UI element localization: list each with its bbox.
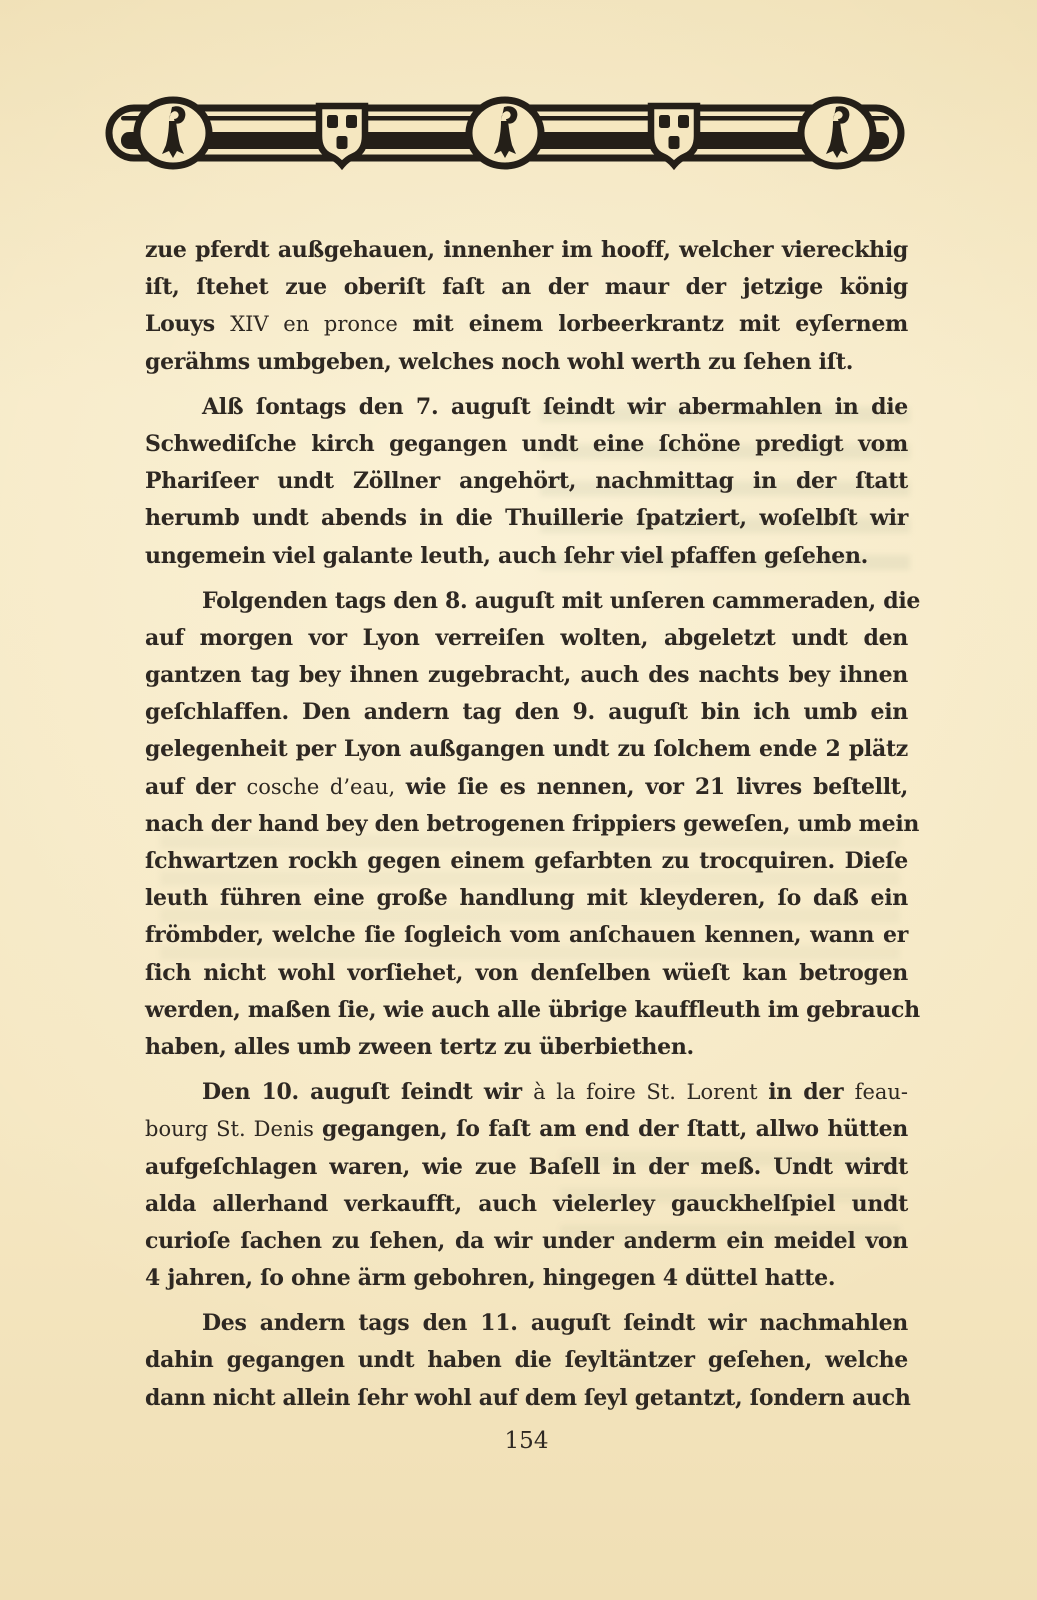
dotted-shield-icon — [651, 106, 697, 165]
fraktur-text: werden, maßen ſie, wie auch alle übrige … — [145, 997, 920, 1023]
page-number: 154 — [145, 1428, 908, 1454]
text-line: Folgenden tags den 8. auguſt mit unſeren… — [145, 583, 908, 620]
fraktur-text: auf morgen vor Lyon verreiſen wolten, ab… — [145, 625, 908, 651]
fraktur-text: gerähms umbgeben, welches noch wohl wert… — [145, 349, 853, 375]
fraktur-text: ſchwartzen rockh gegen einem gefarbten z… — [145, 848, 908, 874]
text-line: auf der cosche d’eau, wie ſie es nennen,… — [145, 769, 908, 806]
fraktur-text: wie ſie es nennen, vor 21 livres beſtell… — [406, 774, 908, 800]
paragraph: Den 10. auguſt ſeindt wir à la foire St.… — [145, 1074, 908, 1297]
fraktur-text: Schwediſche kirch gegangen undt eine ſch… — [145, 431, 908, 457]
text-line: dann nicht allein ſehr wohl auf dem ſeyl… — [145, 1380, 908, 1417]
fraktur-text: haben, alles umb zween tertz zu überbiet… — [145, 1034, 694, 1060]
text-line: dahin gegangen undt haben die ſeyltäntze… — [145, 1342, 908, 1379]
text-line: Des andern tags den 11. auguſt ſeindt wi… — [145, 1305, 908, 1342]
text-line: bourg St. Denis gegangen, ſo faſt am end… — [145, 1111, 908, 1148]
text-line: gerähms umbgeben, welches noch wohl wert… — [145, 344, 908, 381]
antiqua-text: à la foire St. Lorent — [533, 1080, 768, 1104]
text-line: zue pferdt außgehauen, innenher im hooff… — [145, 232, 908, 269]
fraktur-text: Den 10. auguſt ſeindt wir — [202, 1079, 533, 1105]
paragraph: zue pferdt außgehauen, innenher im hooff… — [145, 232, 908, 381]
text-line: geſchlaffen. Den andern tag den 9. auguſ… — [145, 694, 908, 731]
antiqua-text: cosche d’eau, — [246, 775, 405, 799]
text-line: ſich nicht wohl vorſiehet, von denſelben… — [145, 955, 908, 992]
text-line: aufgeſchlagen waren, wie zue Baſell in d… — [145, 1149, 908, 1186]
fraktur-text: Alß ſontags den 7. auguſt ſeindt wir abe… — [202, 394, 908, 420]
text-line: alda allerhand verkaufft, auch vielerley… — [145, 1186, 908, 1223]
dotted-shield-icon — [319, 106, 365, 165]
header-ornament — [105, 96, 905, 176]
fraktur-text: ungemein viel galante leuth, auch ſehr v… — [145, 543, 868, 569]
fraktur-text: in der — [768, 1079, 854, 1105]
fraktur-text: frömbder, welche ſie ſogleich vom anſcha… — [145, 922, 908, 948]
text-line: Den 10. auguſt ſeindt wir à la foire St.… — [145, 1074, 908, 1111]
fraktur-text: geſchlaffen. Den andern tag den 9. auguſ… — [145, 699, 908, 725]
basel-staff-icon — [801, 100, 873, 166]
fraktur-text: gelegenheit per Lyon außgangen undt zu ſ… — [145, 736, 908, 762]
basel-staff-icon — [137, 100, 209, 166]
fraktur-text: herumb undt abends in die Thuillerie ſpa… — [145, 505, 908, 531]
ornament-svg — [105, 96, 905, 176]
fraktur-text: mit einem lorbeerkrantz mit eyſernem — [412, 311, 908, 337]
text-line: werden, maßen ſie, wie auch alle übrige … — [145, 992, 908, 1029]
text-line: Alß ſontags den 7. auguſt ſeindt wir abe… — [145, 389, 908, 426]
fraktur-text: auf der — [145, 774, 246, 800]
paragraph: Folgenden tags den 8. auguſt mit unſeren… — [145, 583, 908, 1066]
page-text: zue pferdt außgehauen, innenher im hooff… — [145, 232, 908, 1425]
text-line: 4 jahren, ſo ohne ärm gebohren, hingegen… — [145, 1260, 908, 1297]
text-line: ungemein viel galante leuth, auch ſehr v… — [145, 538, 908, 575]
fraktur-text: ſich nicht wohl vorſiehet, von denſelben… — [145, 960, 908, 986]
fraktur-text: Des andern tags den 11. auguſt ſeindt wi… — [202, 1310, 908, 1336]
text-line: ſchwartzen rockh gegen einem gefarbten z… — [145, 843, 908, 880]
fraktur-text: zue pferdt außgehauen, innenher im hooff… — [145, 237, 908, 263]
text-line: Phariſeer undt Zöllner angehört, nachmit… — [145, 463, 908, 500]
antiqua-text: XIV en pronce — [230, 312, 412, 336]
fraktur-text: alda allerhand verkaufft, auch vielerley… — [145, 1191, 908, 1217]
fraktur-text: dahin gegangen undt haben die ſeyltäntze… — [145, 1347, 908, 1373]
basel-staff-icon — [469, 100, 541, 166]
fraktur-text: leuth führen eine große handlung mit kle… — [145, 885, 908, 911]
text-line: curioſe ſachen zu ſehen, da wir under an… — [145, 1223, 908, 1260]
text-line: gelegenheit per Lyon außgangen undt zu ſ… — [145, 731, 908, 768]
fraktur-text: aufgeſchlagen waren, wie zue Baſell in d… — [145, 1154, 908, 1180]
text-line: haben, alles umb zween tertz zu überbiet… — [145, 1029, 908, 1066]
fraktur-text: 4 jahren, ſo ohne ärm gebohren, hingegen… — [145, 1265, 835, 1291]
paragraph: Des andern tags den 11. auguſt ſeindt wi… — [145, 1305, 908, 1417]
fraktur-text: nach der hand bey den betrogenen frippie… — [145, 811, 919, 837]
text-line: gantzen tag bey ihnen zugebracht, auch d… — [145, 657, 908, 694]
text-line: Louys XIV en pronce mit einem lorbeerkra… — [145, 306, 908, 343]
fraktur-text: Louys — [145, 311, 230, 337]
fraktur-text: dann nicht allein ſehr wohl auf dem ſeyl… — [145, 1385, 911, 1411]
text-line: nach der hand bey den betrogenen frippie… — [145, 806, 908, 843]
fraktur-text: gantzen tag bey ihnen zugebracht, auch d… — [145, 662, 908, 688]
fraktur-text: gegangen, ſo faſt am end der ſtatt, allw… — [322, 1116, 908, 1142]
fraktur-text: Phariſeer undt Zöllner angehört, nachmit… — [145, 468, 908, 494]
fraktur-text: curioſe ſachen zu ſehen, da wir under an… — [145, 1228, 908, 1254]
text-line: herumb undt abends in die Thuillerie ſpa… — [145, 500, 908, 537]
text-line: leuth führen eine große handlung mit kle… — [145, 880, 908, 917]
text-line: iſt, ſtehet zue oberiſt faſt an der maur… — [145, 269, 908, 306]
paragraph: Alß ſontags den 7. auguſt ſeindt wir abe… — [145, 389, 908, 575]
fraktur-text: iſt, ſtehet zue oberiſt faſt an der maur… — [145, 274, 908, 300]
text-line: auf morgen vor Lyon verreiſen wolten, ab… — [145, 620, 908, 657]
text-line: frömbder, welche ſie ſogleich vom anſcha… — [145, 917, 908, 954]
antiqua-text: feau- — [855, 1080, 908, 1104]
antiqua-text: bourg St. Denis — [145, 1117, 322, 1141]
text-line: Schwediſche kirch gegangen undt eine ſch… — [145, 426, 908, 463]
fraktur-text: Folgenden tags den 8. auguſt mit unſeren… — [202, 588, 920, 614]
